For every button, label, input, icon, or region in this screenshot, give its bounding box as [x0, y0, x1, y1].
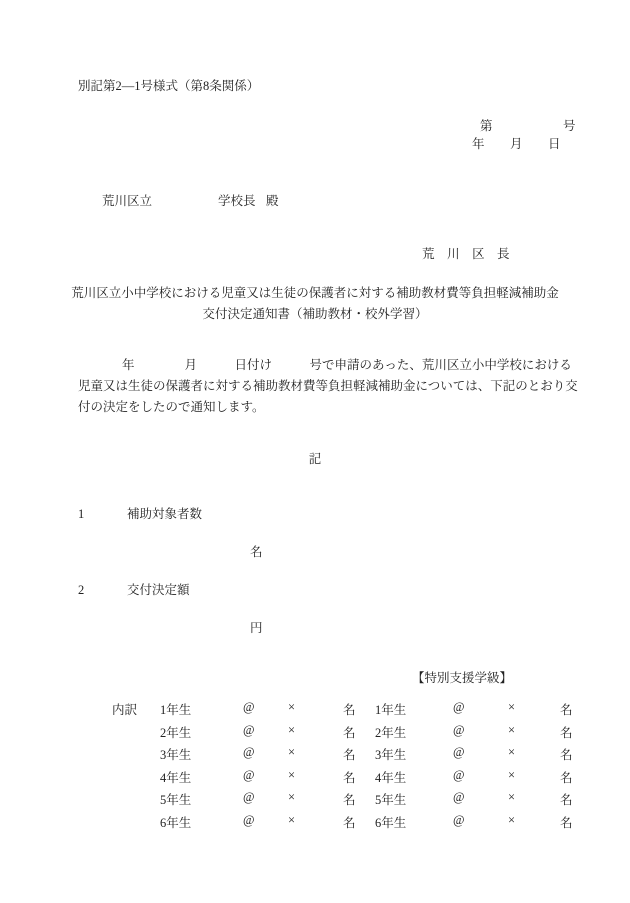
- multiply-sign-special: ×: [508, 813, 515, 828]
- grade-cell: 4年生: [160, 768, 191, 786]
- unit-cell: 名: [343, 745, 356, 763]
- doc-title-line1: 荒川区立小中学校における児童又は生徒の保護者に対する補助教材費等負担軽減補助金: [0, 286, 630, 301]
- multiply-sign: ×: [288, 745, 295, 760]
- multiply-sign: ×: [288, 723, 295, 738]
- item2-unit: 円: [250, 621, 263, 636]
- at-sign-special: @: [453, 813, 465, 828]
- multiply-sign-special: ×: [508, 723, 515, 738]
- grade-cell-special: 3年生: [375, 745, 406, 763]
- addressee-role: 学校長: [218, 194, 256, 209]
- grade-cell-special: 1年生: [375, 700, 406, 718]
- multiply-sign: ×: [288, 790, 295, 805]
- special-support-class-header: 【特別支援学級】: [412, 671, 512, 686]
- date-month-label: 月: [510, 137, 523, 152]
- body-line3: 付の決定をしたので通知します。: [78, 400, 265, 415]
- unit-cell: 名: [343, 790, 356, 808]
- unit-cell-special: 名: [560, 790, 573, 808]
- body-line2: 児童又は生徒の保護者に対する補助教材費等負担軽減補助金については、下記のとおり交: [78, 379, 578, 394]
- at-sign: @: [243, 790, 255, 805]
- document-page: 別記第2―1号様式（第8条関係） 第 号 年 月 日 荒川区立 学校長 殿 荒 …: [0, 0, 630, 903]
- record-marker: 記: [0, 452, 630, 467]
- sender-name: 荒 川 区 長: [422, 247, 510, 262]
- multiply-sign-special: ×: [508, 790, 515, 805]
- item1-label: 補助対象者数: [127, 507, 202, 522]
- multiply-sign: ×: [288, 700, 295, 715]
- unit-cell-special: 名: [560, 723, 573, 741]
- at-sign-special: @: [453, 723, 465, 738]
- date-year-label: 年: [472, 137, 485, 152]
- date-day-label: 日: [548, 137, 561, 152]
- grade-cell-special: 5年生: [375, 790, 406, 808]
- at-sign-special: @: [453, 790, 465, 805]
- grade-cell: 6年生: [160, 813, 191, 831]
- at-sign: @: [243, 700, 255, 715]
- doc-number-prefix: 第: [480, 119, 493, 134]
- item1-number: 1: [78, 507, 84, 522]
- unit-cell-special: 名: [560, 768, 573, 786]
- item2-number: 2: [78, 583, 84, 598]
- multiply-sign: ×: [288, 813, 295, 828]
- unit-cell: 名: [343, 768, 356, 786]
- at-sign-special: @: [453, 768, 465, 783]
- at-sign: @: [243, 723, 255, 738]
- multiply-sign-special: ×: [508, 700, 515, 715]
- grade-cell: 2年生: [160, 723, 191, 741]
- unit-cell-special: 名: [560, 745, 573, 763]
- unit-cell: 名: [343, 723, 356, 741]
- doc-title-line2: 交付決定通知書（補助教材・校外学習）: [0, 307, 630, 322]
- grade-cell-special: 4年生: [375, 768, 406, 786]
- at-sign-special: @: [453, 700, 465, 715]
- grade-cell: 5年生: [160, 790, 191, 808]
- multiply-sign: ×: [288, 768, 295, 783]
- at-sign: @: [243, 768, 255, 783]
- grade-cell-special: 6年生: [375, 813, 406, 831]
- multiply-sign-special: ×: [508, 745, 515, 760]
- breakdown-label: 内訳: [112, 700, 137, 718]
- unit-cell-special: 名: [560, 813, 573, 831]
- item2-label: 交付決定額: [127, 583, 190, 598]
- at-sign-special: @: [453, 745, 465, 760]
- at-sign: @: [243, 745, 255, 760]
- multiply-sign-special: ×: [508, 768, 515, 783]
- item1-unit: 名: [250, 545, 263, 560]
- form-number: 別記第2―1号様式（第8条関係）: [78, 79, 259, 94]
- doc-number-suffix: 号: [563, 119, 576, 134]
- grade-cell: 3年生: [160, 745, 191, 763]
- addressee-org: 荒川区立: [102, 194, 152, 209]
- grade-cell-special: 2年生: [375, 723, 406, 741]
- unit-cell: 名: [343, 700, 356, 718]
- unit-cell-special: 名: [560, 700, 573, 718]
- addressee-honorific: 殿: [266, 194, 279, 209]
- body-line1: 年 月 日付け 号で申請のあった、荒川区立小中学校における: [122, 358, 572, 373]
- grade-cell: 1年生: [160, 700, 191, 718]
- at-sign: @: [243, 813, 255, 828]
- unit-cell: 名: [343, 813, 356, 831]
